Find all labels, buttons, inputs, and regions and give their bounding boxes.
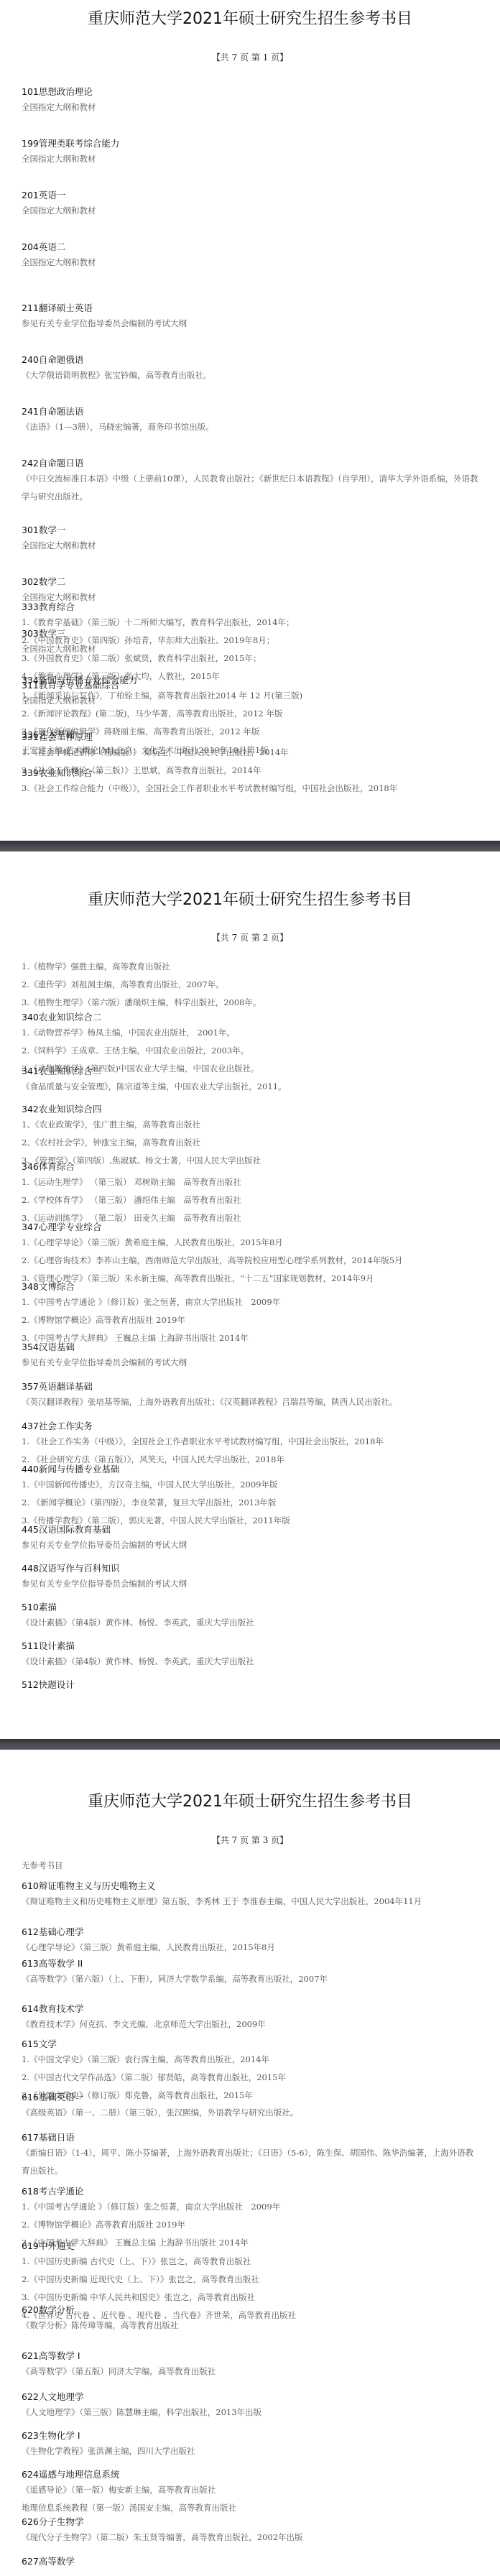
page-separator — [0, 841, 500, 851]
reference-line: 1.《中国历史新编 古代史（上、下）》张岂之，高等教育出版社 — [22, 2253, 296, 2271]
reference-line: 1.《植物学》强胜主编，高等教育出版社 — [22, 958, 261, 976]
subject-section: 612基础心理学 《心理学导论》（第三版）黄希庭主编，人民教育出版社，2015年… — [22, 1926, 275, 1957]
reference-line: 2.《中国古代文学作品选》（第二版）郁贤皓，高等教育出版社，2015年 — [22, 2069, 286, 2087]
subject-heading: 347心理学专业综合 — [22, 1221, 403, 1234]
reference-line: 《高等数学》（第五版）同济大学编，高等教育出版社 — [22, 2363, 216, 2381]
subject-section: 624遥感与地理信息系统 《遥感导论》（第一版）梅安新主编，高等教育出版社 地理… — [22, 2468, 236, 2517]
subject-heading: 302数学二 — [22, 576, 96, 588]
subject-heading: 340农业知识综合二 — [22, 1011, 259, 1024]
subject-heading: 613高等数学 II — [22, 1957, 328, 1970]
reference-line: 《生物化学教程》张洪渊主编，四川大学出版社 — [22, 2442, 195, 2460]
subject-section: 240自命题俄语 《大学俄语简明教程》张宝钤编，高等教育出版社。 — [22, 354, 212, 384]
subject-heading: 336艺术基础 — [22, 729, 269, 742]
reference-line: 3.《外国教育史》（第二版）张斌贤，教育科学出版社，2015年； — [22, 650, 295, 668]
subject-heading: 626分子生物学 — [22, 2516, 303, 2529]
subject-section: 242自命题日语 《中日交流标准日本语》中级（上册前10课），人民教育出版社；《… — [22, 457, 481, 506]
subject-heading: 512快题设计 — [22, 1679, 75, 1691]
reference-line: 2.《心理咨询技术》李祚山主编，西南师范大学出版社，高等院校应用型心理学系列教材… — [22, 1252, 403, 1270]
reference-line: 2.《遗传学》刘祖洞主编，高等教育出版社，2007年。 — [22, 976, 261, 994]
page-title: 重庆师范大学2021年硕士研究生招生参考书目 — [0, 8, 500, 31]
reference-line: 2.《中国历史新编 近现代史（上、下）》张岂之，高等教育出版社 — [22, 2271, 296, 2289]
subject-section: 622人文地理学 《人文地理学》（第三版）陈慧琳主编，科学出版社，2013年出版 — [22, 2391, 261, 2422]
reference-line: 地理信息系统教程（第一版）汤国安主编，高等教育出版社 — [22, 2499, 236, 2517]
subject-heading: 333教育综合 — [22, 601, 295, 614]
subject-heading: 440新闻与传播专业基础 — [22, 1463, 290, 1476]
reference-line: 全国指定大纲和教材 — [22, 98, 96, 116]
subject-section: 512快题设计 — [22, 1679, 75, 1691]
subject-section: 199管理类联考综合能力 全国指定大纲和教材 — [22, 137, 119, 168]
reference-line: 《大学俄语简明教程》张宝钤编，高等教育出版社。 — [22, 366, 212, 384]
subject-section: 510素描 《设计素描》（第4版）黄作林、杨悦、李英武，重庆大学出版社 — [22, 1601, 254, 1632]
reference-line: 王宏建主编.艺术概论[M].北京：文化艺术出版社2010年10月第1版 — [22, 742, 269, 760]
subject-heading: 623生物化学 I — [22, 2429, 195, 2442]
reference-line: 1.《动物营养学》杨凤主编，中国农业出版社， 2001年。 — [22, 1024, 259, 1042]
reference-line: 《辩证唯物主义和历史唯物主义原理》第五版，李秀林 王于 李淮春主编，中国人民大学… — [22, 1893, 422, 1911]
reference-line: 2.《学校体育学》 （第三版） 潘绍伟主编 高等教育出版社 — [22, 1191, 241, 1209]
subject-section: 341农业知识综合三 《食品质量与安全管理》，陈宗道等主编，中国农业大学出版社，… — [22, 1065, 287, 1096]
subject-heading: 301数学一 — [22, 524, 96, 537]
subject-heading: 242自命题日语 — [22, 457, 481, 470]
subject-section: 无参考书目 — [22, 1857, 63, 1875]
reference-line: 《法语》（1—3册），马晓宏编著，商务印书馆出版。 — [22, 418, 214, 436]
subject-heading: 618考古学通论 — [22, 2185, 280, 2198]
subject-heading: 240自命题俄语 — [22, 354, 212, 366]
subject-heading: 101思想政治理论 — [22, 86, 96, 98]
subject-heading: 617基础日语 — [22, 2131, 481, 2144]
reference-line: 1.《教育学基础》（第三版）十二所师大编写，教育科学出版社，2014年； — [22, 614, 295, 632]
subject-heading: 437社会工作实务 — [22, 1420, 384, 1433]
reference-line: 2. 《新闻学概论》（第四版），李良荣著，复旦大学出版社，2013年版 — [22, 1494, 290, 1512]
reference-line: 1.《中国新闻传播史》，方汉奇主编，中国人民大学出版社，2009年版 — [22, 1476, 290, 1494]
reference-line: 全国指定大纲和教材 — [22, 150, 119, 168]
subject-section: 627高等数学 — [22, 2555, 75, 2568]
subject-heading: 199管理类联考综合能力 — [22, 137, 119, 150]
subject-heading: 610辩证唯物主义与历史唯物主义 — [22, 1880, 422, 1893]
subject-heading: 624遥感与地理信息系统 — [22, 2468, 236, 2481]
subject-section: 347心理学专业综合 1.《心理学导论》（第三版）黄希庭主编，人民教育出版社，2… — [22, 1221, 403, 1288]
subject-section: 354汉语基础 参见有关专业学位指导委员会编制的考试大纲 — [22, 1341, 187, 1372]
reference-line: 无参考书目 — [22, 1857, 63, 1875]
subject-heading: 334新闻与传播专业综合能力 — [22, 674, 302, 687]
subject-section: 437社会工作实务 1. 《社会工作实务（中级）》，全国社会工作者职业水平考试教… — [22, 1420, 384, 1469]
subject-section: 448汉语写作与百科知识 参见有关专业学位指导委员会编制的考试大纲 — [22, 1562, 187, 1593]
subject-section: 616基础英语一 《高级英语》（第一、二册）（第三版），张汉熙编，外语教学与研究… — [22, 2091, 298, 2122]
subject-heading: 354汉语基础 — [22, 1341, 187, 1354]
subject-heading: 619中外通史 — [22, 2240, 296, 2253]
reference-line: 2.《博物馆学概论》高等教育出版社 2019年 — [22, 1311, 280, 1329]
subject-heading: 445汉语国际教育基础 — [22, 1523, 187, 1536]
subject-section: 1.《植物学》强胜主编，高等教育出版社 2.《遗传学》刘祖洞主编，高等教育出版社… — [22, 958, 261, 1012]
subject-heading: 621高等数学 I — [22, 2350, 216, 2363]
subject-section: 211翻译硕士英语 参见有关专业学位指导委员会编制的考试大纲 — [22, 302, 187, 333]
subject-section: 241自命题法语 《法语》（1—3册），马晓宏编著，商务印书馆出版。 — [22, 405, 214, 436]
subject-section: 348文博综合 1.《中国考古学通论 》（修订版）张之恒著，南京大学出版社 20… — [22, 1280, 280, 1347]
reference-line: 参见有关专业学位指导委员会编制的考试大纲 — [22, 315, 187, 333]
subject-heading: 201英语一 — [22, 189, 96, 202]
page-indicator: 【共 7 页 第 3 页】 — [0, 1834, 500, 1847]
subject-section: 445汉语国际教育基础 参见有关专业学位指导委员会编制的考试大纲 — [22, 1523, 187, 1554]
subject-heading: 616基础英语一 — [22, 2091, 298, 2104]
subject-heading: 348文博综合 — [22, 1280, 280, 1293]
subject-section: 440新闻与传播专业基础 1.《中国新闻传播史》，方汉奇主编，中国人民大学出版社… — [22, 1463, 290, 1530]
subject-heading: 627高等数学 — [22, 2555, 75, 2568]
subject-heading: 241自命题法语 — [22, 405, 214, 418]
reference-line: 《中日交流标准日本语》中级（上册前10课），人民教育出版社；《新世纪日本语教程》… — [22, 470, 481, 506]
reference-line: 3.《植物生理学》（第六版）潘瑞炽主编，科学出版社，2008年。 — [22, 994, 261, 1012]
reference-line: 《现代分子生物学》（第二版）朱玉贤等编著，高等教育出版社，2002年出版 — [22, 2529, 303, 2547]
reference-line: 全国指定大纲和教材 — [22, 254, 96, 272]
subject-heading: 622人文地理学 — [22, 2391, 261, 2404]
reference-line: 2.《新闻评论教程》(第二版)，马少华著，高等教育出版社，2012 年版 — [22, 705, 302, 723]
page-separator — [0, 1739, 500, 1750]
subject-section: 614教育技术学 《教育技术学》何克抗、李文光编，北京师范大学出版社，2009年 — [22, 2003, 266, 2033]
subject-section: 617基础日语 《新编日语》（1-4），周平、陈小芬编著，上海外语教育出版社；《… — [22, 2131, 481, 2180]
reference-line: 2.《饲料学》王成章、王恬主编，中国农业出版社，2003年。 — [22, 1042, 259, 1060]
reference-line: 2、《农村社会学》，钟涨宝主编，高等教育出版社 — [22, 1134, 261, 1152]
reference-line: 参见有关专业学位指导委员会编制的考试大纲 — [22, 1575, 187, 1593]
reference-line: 《人文地理学》（第三版）陈慧琳主编，科学出版社，2013年出版 — [22, 2404, 261, 2422]
subject-section: 620数学分析 《数学分析》陈传璋等编，高等教育出版社 — [22, 2304, 179, 2335]
subject-section: 204英语二 全国指定大纲和教材 — [22, 241, 96, 272]
subject-section: 346体育综合 1.《运动生理学》 （第三版） 邓树勋主编 高等教育出版社 2.… — [22, 1160, 241, 1227]
subject-heading: 342农业知识综合四 — [22, 1103, 261, 1116]
reference-line: 1.《中国考古学通论 》（修订版）张之恒著，南京大学出版社 2009年 — [22, 2198, 280, 2216]
page-title: 重庆师范大学2021年硕士研究生招生参考书目 — [0, 889, 500, 912]
page-indicator: 【共 7 页 第 2 页】 — [0, 931, 500, 944]
reference-line: 1.《中国考古学通论 》（修订版）张之恒著，南京大学出版社 2009年 — [22, 1293, 280, 1311]
reference-line: 参见有关专业学位指导委员会编制的考试大纲 — [22, 1354, 187, 1372]
reference-line: 3.《社会工作综合能力（中级）》，全国社会工作者职业水平考试教材编写组，中国社会… — [22, 780, 397, 798]
subject-heading: 510素描 — [22, 1601, 254, 1614]
reference-line: 1.《新闻采访与写作》，丁柏铨主编，高等教育出版社2014 年 12 月(第三版… — [22, 687, 302, 705]
reference-line: 1.《中国文学史》（第三版）袁行霈主编，高等教育出版社，2014年 — [22, 2051, 286, 2069]
reference-line: 2.《中国教育史》（第四版）孙培青，华东师大出版社、2019年8月； — [22, 632, 295, 650]
subject-heading: 339农业知识综合一 — [22, 767, 101, 780]
reference-line: 1. 《社会工作实务（中级）》，全国社会工作者职业水平考试教材编写组，中国社会出… — [22, 1433, 384, 1451]
subject-heading: 615文学 — [22, 2038, 286, 2051]
reference-line: 《遥感导论》（第一版）梅安新主编，高等教育出版社 — [22, 2481, 236, 2499]
reference-line: 全国指定大纲和教材 — [22, 202, 96, 220]
page-title: 重庆师范大学2021年硕士研究生招生参考书目 — [0, 1791, 500, 1814]
subject-section: 511设计素描 《设计素描》（第4版）黄作林、杨悦、李英武，重庆大学出版社 — [22, 1640, 254, 1671]
subject-section: 623生物化学 I 《生物化学教程》张洪渊主编，四川大学出版社 — [22, 2429, 195, 2460]
reference-line: 《高等数学》（第六版）（上、下册），同济大学数学系编，高等教育出版社，2007年 — [22, 1970, 328, 1988]
subject-section: 201英语一 全国指定大纲和教材 — [22, 189, 96, 220]
reference-line: 2.《博物馆学概论》高等教育出版社 2019年 — [22, 2216, 280, 2234]
reference-line: 《食品质量与安全管理》，陈宗道等主编，中国农业大学出版社，2011。 — [22, 1078, 287, 1096]
subject-section: 613高等数学 II 《高等数学》（第六版）（上、下册），同济大学数学系编，高等… — [22, 1957, 328, 1988]
subject-section: 333教育综合 1.《教育学基础》（第三版）十二所师大编写，教育科学出版社，20… — [22, 601, 295, 685]
page-indicator: 【共 7 页 第 1 页】 — [0, 51, 500, 64]
reference-line: 全国指定大纲和教材 — [22, 537, 96, 555]
reference-line: 1.《运动生理学》 （第三版） 邓树勋主编 高等教育出版社 — [22, 1173, 241, 1191]
subject-section: 357英语翻译基础 《英汉翻译教程》张培基等编，上海外语教育出版社；《汉英翻译教… — [22, 1380, 397, 1411]
subject-heading: 511设计素描 — [22, 1640, 254, 1653]
reference-line: 《英汉翻译教程》张培基等编，上海外语教育出版社；《汉英翻译教程》吕瑞昌等编，陕西… — [22, 1393, 397, 1411]
subject-section: 301数学一 全国指定大纲和教材 — [22, 524, 96, 555]
subject-heading: 620数学分析 — [22, 2304, 179, 2317]
reference-line: 参见有关专业学位指导委员会编制的考试大纲 — [22, 1536, 187, 1554]
subject-heading: 614教育技术学 — [22, 2003, 266, 2016]
subject-section: 610辩证唯物主义与历史唯物主义 《辩证唯物主义和历史唯物主义原理》第五版，李秀… — [22, 1880, 422, 1911]
reference-line: 《设计素描》（第4版）黄作林、杨悦、李英武，重庆大学出版社 — [22, 1614, 254, 1632]
subject-heading: 341农业知识综合三 — [22, 1065, 287, 1078]
subject-heading: 346体育综合 — [22, 1160, 241, 1173]
subject-section: 336艺术基础 王宏建主编.艺术概论[M].北京：文化艺术出版社2010年10月… — [22, 729, 269, 760]
reference-line: 《心理学导论》（第三版）黄希庭主编，人民教育出版社，2015年8月 — [22, 1939, 275, 1957]
reference-line: 1.《心理学导论》（第三版）黄希庭主编，人民教育出版社，2015年8月 — [22, 1234, 403, 1252]
reference-line: 《教育技术学》何克抗、李文光编，北京师范大学出版社，2009年 — [22, 2016, 266, 2033]
subject-section: 621高等数学 I 《高等数学》（第五版）同济大学编，高等教育出版社 — [22, 2350, 216, 2381]
reference-line: 1、《农业政策学》，张广胜主编，高等教育出版社 — [22, 1116, 261, 1134]
subject-heading: 357英语翻译基础 — [22, 1380, 397, 1393]
reference-line: 《数学分析》陈传璋等编，高等教育出版社 — [22, 2317, 179, 2335]
subject-heading: 204英语二 — [22, 241, 96, 254]
subject-heading: 448汉语写作与百科知识 — [22, 1562, 187, 1575]
subject-heading: 211翻译硕士英语 — [22, 302, 187, 315]
reference-line: 《高级英语》（第一、二册）（第三版），张汉熙编，外语教学与研究出版社。 — [22, 2104, 298, 2122]
reference-line: 《新编日语》（1-4），周平、陈小芬编著，上海外语教育出版社；《日语》（5-6）… — [22, 2144, 481, 2180]
reference-line: 《设计素描》（第4版）黄作林、杨悦、李英武，重庆大学出版社 — [22, 1653, 254, 1671]
subject-section: 626分子生物学 《现代分子生物学》（第二版）朱玉贤等编著，高等教育出版社，20… — [22, 2516, 303, 2547]
subject-section: 101思想政治理论 全国指定大纲和教材 — [22, 86, 96, 116]
subject-heading: 612基础心理学 — [22, 1926, 275, 1939]
subject-section: 339农业知识综合一 — [22, 767, 101, 780]
